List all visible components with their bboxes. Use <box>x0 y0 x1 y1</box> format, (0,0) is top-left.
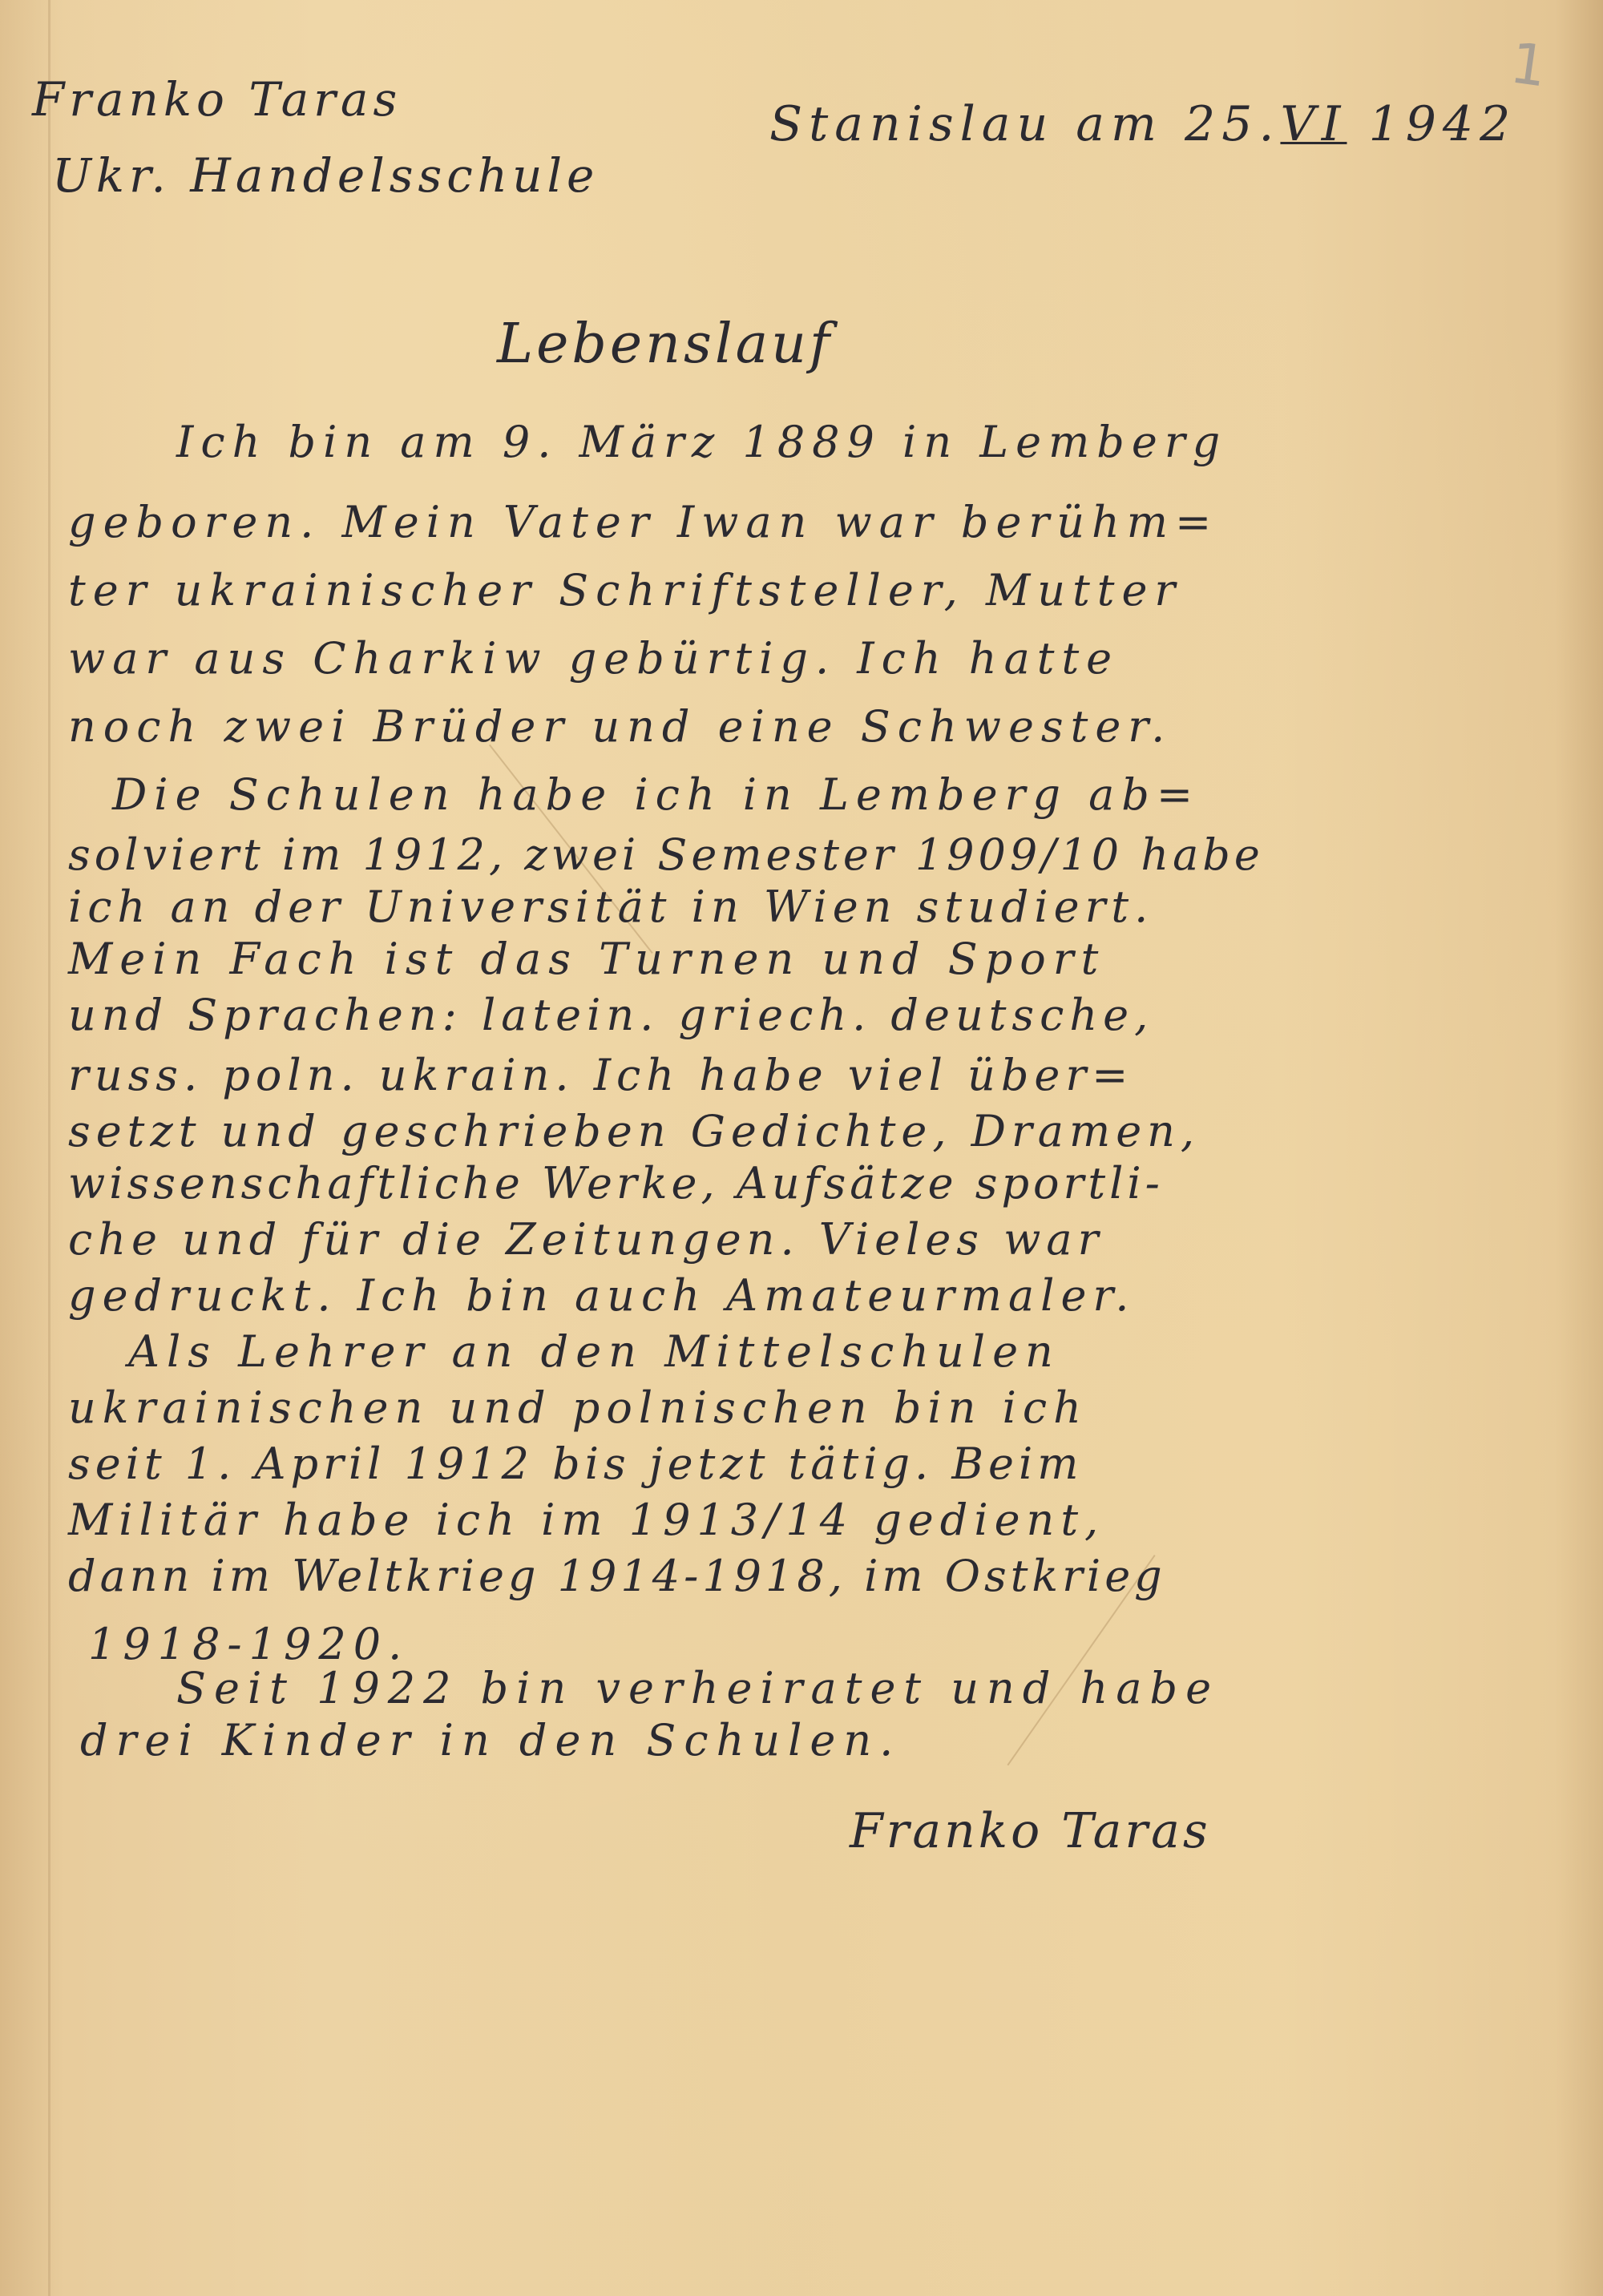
body-line: gedruckt. Ich bin auch Amateurmaler. <box>68 1270 1135 1321</box>
date-month: VI <box>1280 96 1347 152</box>
place-and-date: Stanislau am 25.VI 1942 <box>769 96 1516 152</box>
body-line: Die Schulen habe ich in Lemberg ab= <box>112 769 1200 820</box>
place-date-prefix: Stanislau am 25. <box>769 96 1280 152</box>
date-year: 1942 <box>1369 96 1517 152</box>
body-line: Seit 1922 bin verheiratet und habe <box>176 1663 1219 1713</box>
body-line: setzt und geschrieben Gedichte, Dramen, <box>68 1106 1200 1156</box>
body-line: ich an der Universität in Wien studiert. <box>68 882 1153 932</box>
author-name: Franko Taras <box>32 72 402 127</box>
body-line: noch zwei Brüder und eine Schwester. <box>68 701 1172 752</box>
body-line: war aus Charkiw gebürtig. Ich hatte <box>68 633 1119 684</box>
document-title: Lebenslauf <box>497 313 833 376</box>
body-line: 1918-1920. <box>88 1619 409 1669</box>
body-line: russ. poln. ukrain. Ich habe viel über= <box>68 1050 1133 1100</box>
body-line: solviert im 1912, zwei Semester 1909/10 … <box>68 829 1264 880</box>
body-line: geboren. Mein Vater Iwan war berühm= <box>68 497 1218 547</box>
body-line: ter ukrainischer Schriftsteller, Mutter <box>68 565 1182 615</box>
body-line: dann im Weltkrieg 1914-1918, im Ostkrieg <box>68 1551 1166 1601</box>
body-line: Als Lehrer an den Mittelschulen <box>128 1326 1060 1377</box>
body-line: Mein Fach ist das Turnen und Sport <box>68 934 1105 984</box>
body-line: drei Kinder in den Schulen. <box>80 1715 901 1765</box>
institution: Ukr. Handelsschule <box>52 148 599 203</box>
body-line: wissenschaftliche Werke, Aufsätze sportl… <box>68 1158 1164 1209</box>
body-line: Militär habe ich im 1913/14 gedient, <box>68 1495 1104 1545</box>
signature: Franko Taras <box>850 1803 1211 1859</box>
body-line: ukrainischen und polnischen bin ich <box>68 1382 1088 1433</box>
body-line: che und für die Zeitungen. Vieles war <box>68 1214 1104 1265</box>
paper-fold-line <box>48 0 50 2296</box>
body-line: Ich bin am 9. März 1889 in Lemberg <box>176 417 1227 467</box>
body-line: und Sprachen: latein. griech. deutsche, <box>68 990 1153 1040</box>
body-line: seit 1. April 1912 bis jetzt tätig. Beim <box>68 1439 1083 1489</box>
